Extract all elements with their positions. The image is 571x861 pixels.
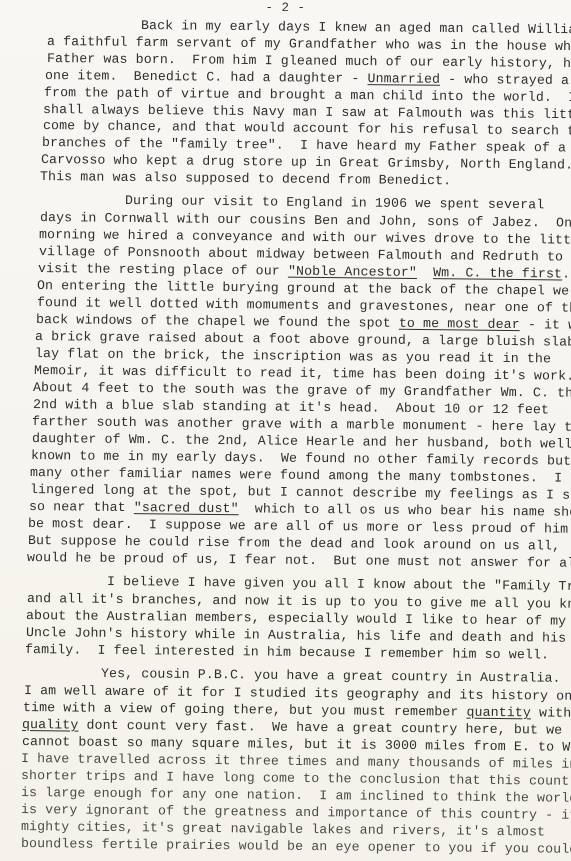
underlined-text: to me most dear bbox=[399, 316, 520, 332]
text-run: I believe I have given you all I know ab… bbox=[107, 574, 571, 594]
text-run: . bbox=[562, 266, 570, 281]
text-run: - it was bbox=[520, 317, 571, 333]
text-run: Back in my early days I knew an aged man… bbox=[141, 18, 571, 37]
underlined-text: Unmarried bbox=[367, 71, 440, 87]
text-line: During our visit to England in 1906 we s… bbox=[125, 193, 544, 213]
text-run: This man was also supposed to decend fro… bbox=[40, 169, 451, 188]
text-run: visit the resting place of our bbox=[38, 261, 288, 279]
text-run bbox=[417, 265, 433, 280]
text-run: During our visit to England in 1906 we s… bbox=[125, 193, 544, 212]
underlined-text: Wm. C. the first bbox=[433, 265, 562, 281]
page-number: - 2 - bbox=[0, 1, 571, 15]
typewritten-letter-page: - 2 - Back in my early days I knew an ag… bbox=[0, 0, 571, 861]
text-line: This man was also supposed to decend fro… bbox=[40, 169, 451, 189]
text-run: so near that bbox=[29, 499, 134, 515]
underlined-text: "sacred dust" bbox=[134, 500, 239, 516]
underlined-text: "Noble Ancestor" bbox=[288, 264, 417, 280]
text-run: back windows of the chapel we found the … bbox=[36, 312, 399, 331]
text-run: without bbox=[531, 705, 571, 721]
underlined-text: quality bbox=[22, 717, 79, 733]
text-run: Yes, cousin P.B.C. you have a great coun… bbox=[101, 666, 561, 686]
text-run: which to all os us who bear his name sho… bbox=[239, 501, 571, 520]
text-run: - who strayed a little bbox=[440, 72, 571, 89]
underlined-text: quantity bbox=[466, 705, 531, 721]
text-run: one item. Benedict C. had a daughter - bbox=[45, 68, 368, 86]
